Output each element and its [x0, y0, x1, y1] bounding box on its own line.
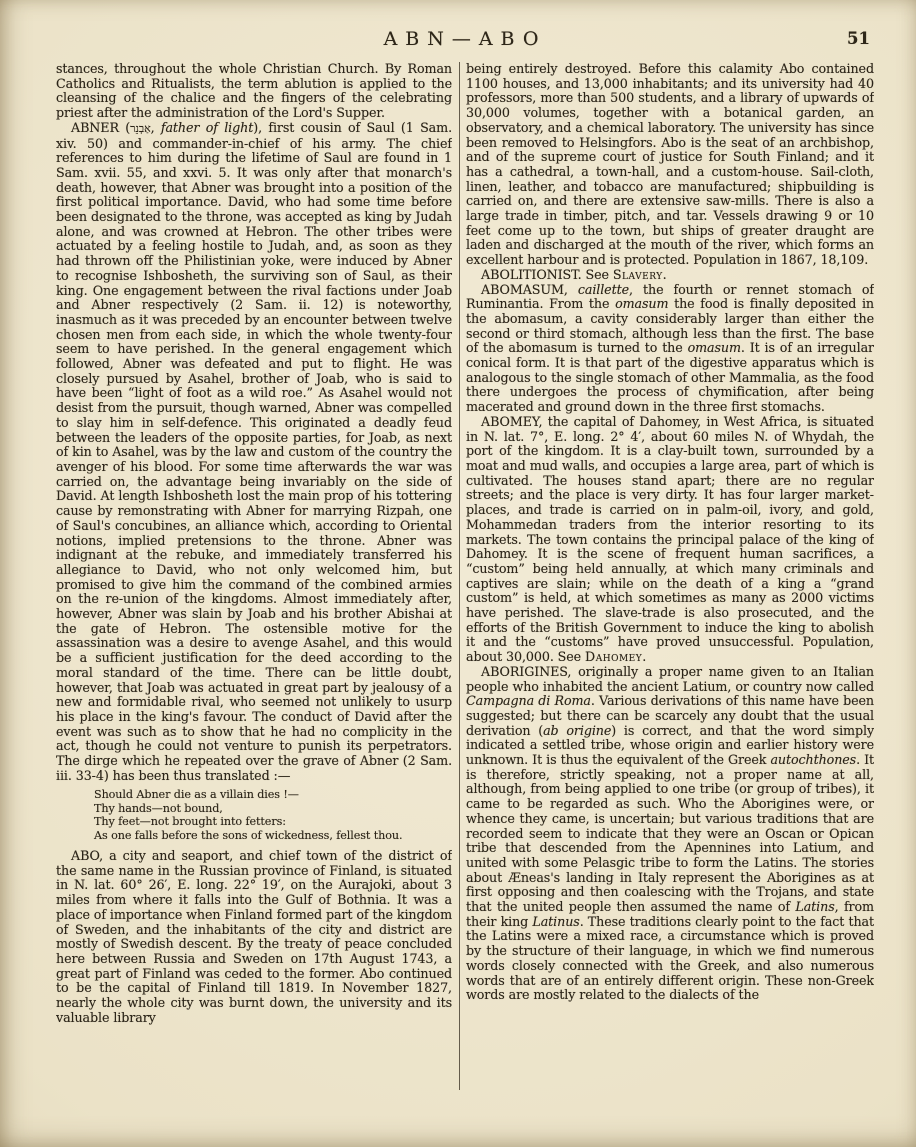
- running-title: ABN—ABO: [56, 28, 874, 50]
- right-column: being entirely destroyed. Before this ca…: [466, 62, 874, 1133]
- text-run: omasum: [688, 340, 741, 355]
- text-run: אַבְנֵר: [130, 122, 150, 135]
- text-run: Slavery: [613, 267, 663, 282]
- text-run: stances, throughout the whole Christian …: [56, 62, 452, 120]
- text-run: . It is therefore, strictly speaking, no…: [466, 752, 874, 914]
- text-run: ABOLITIONIST. See: [481, 267, 613, 282]
- text-run: Latinus: [532, 914, 579, 929]
- text-run: ), first cousin of Saul (1 Sam. xiv. 50)…: [56, 120, 452, 783]
- page-header: ABN—ABO 51: [56, 28, 874, 54]
- text-run: ABO, a city and seaport, and chief town …: [56, 848, 452, 1025]
- page-content: stances, throughout the whole Christian …: [56, 62, 874, 1133]
- text-run: .: [642, 649, 646, 664]
- text-run: ab origine: [543, 723, 611, 738]
- text-run: omasum: [615, 296, 668, 311]
- text-run: ABOMASUM,: [481, 282, 578, 297]
- entry-abo-continuation: being entirely destroyed. Before this ca…: [466, 62, 874, 268]
- text-run: caillette: [578, 282, 629, 297]
- verse-line: Should Abner die as a villain dies !—: [94, 788, 452, 801]
- entry-aborigines: ABORIGINES, originally a proper name giv…: [466, 665, 874, 1003]
- text-run: father of light: [161, 120, 253, 135]
- left-column: stances, throughout the whole Christian …: [56, 62, 452, 1133]
- text-run: .: [663, 267, 667, 282]
- text-run: ABNER (: [71, 120, 130, 135]
- entry-abomasum: ABOMASUM, caillette, the fourth or renne…: [466, 283, 874, 415]
- text-run: Campagna di Roma: [466, 693, 591, 708]
- verse-line: Thy hands—not bound,: [94, 802, 452, 815]
- verse-line: Thy feet—not brought into fetters:: [94, 815, 452, 828]
- column-divider: [459, 62, 460, 1090]
- text-run: ABOMEY, the capital of Dahomey, in West …: [466, 414, 874, 664]
- text-run: autochthones: [770, 752, 856, 767]
- entry-abolitionist: ABOLITIONIST. See Slavery.: [466, 268, 874, 283]
- text-run: ABORIGINES, originally a proper name giv…: [466, 664, 874, 694]
- verse-line: As one falls before the sons of wickedne…: [94, 829, 452, 842]
- entry-abo: ABO, a city and seaport, and chief town …: [56, 849, 452, 1025]
- entry-abomey: ABOMEY, the capital of Dahomey, in West …: [466, 415, 874, 665]
- scanned-encyclopedia-page: ABN—ABO 51 stances, throughout the whole…: [0, 0, 916, 1147]
- entry-ablution-continuation: stances, throughout the whole Christian …: [56, 62, 452, 121]
- text-run: ,: [151, 120, 161, 135]
- text-run: being entirely destroyed. Before this ca…: [466, 62, 874, 267]
- text-run: Latins: [795, 899, 834, 914]
- entry-abner: ABNER (אַבְנֵר, father of light), first …: [56, 121, 452, 784]
- page-number: 51: [847, 29, 870, 48]
- abner-dirge: Should Abner die as a villain dies !—Thy…: [94, 788, 452, 842]
- text-run: Dahomey: [585, 649, 642, 664]
